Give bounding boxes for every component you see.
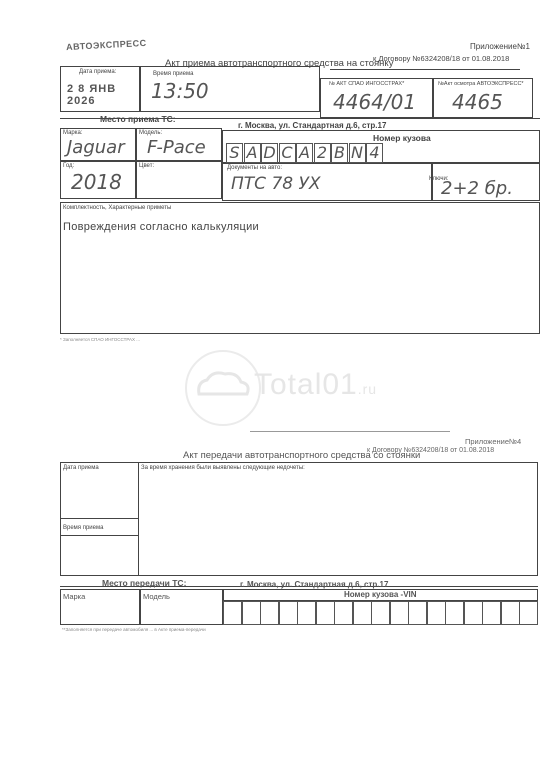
act2-vin-box xyxy=(316,601,335,625)
act1-keys-cell: Ключи: 2+2 бр. xyxy=(432,163,540,201)
act1-vin-char: 2 xyxy=(314,143,331,163)
act1-auto-cell: №Акт осмотра АВТОЭКСПРЕСС* 4465 xyxy=(433,78,533,118)
act1-date-cell: Дата приема: 2 8 ЯНВ 2026 xyxy=(60,66,140,112)
act1-vin-char: 4 xyxy=(366,143,383,163)
act1-year-value: 2018 xyxy=(71,170,122,194)
act2-appendix: Приложение№4 xyxy=(465,437,521,446)
act2-vin-box xyxy=(501,601,520,625)
act2-vin-box xyxy=(297,601,316,625)
act1-vin-char: D xyxy=(261,143,278,163)
act2-vin-box xyxy=(223,601,242,625)
act1-vin-char: C xyxy=(279,143,296,163)
act2-vin-box xyxy=(371,601,390,625)
act2-place-label: Место передачи ТС: xyxy=(102,578,186,588)
act1-brand-cell: Марка: Jaguar xyxy=(60,128,136,161)
act2-vin-box xyxy=(353,601,372,625)
act2-brand-cell: Марка xyxy=(60,589,140,625)
act1-vin-char: B xyxy=(331,143,348,163)
act2-vin-box xyxy=(242,601,261,625)
act1-color-cell: Цвет: xyxy=(136,161,222,199)
act1-vin-char: N xyxy=(349,143,366,163)
act1-time-value: 13:50 xyxy=(151,79,209,103)
act1-year-cell: Год: 2018 xyxy=(60,161,136,199)
act2-vin-box xyxy=(408,601,427,625)
act1-keys-value: 2+2 бр. xyxy=(441,178,513,199)
act2-vin-box xyxy=(445,601,464,625)
act1-vin-char: S xyxy=(226,143,243,163)
act1-date-value: 2 8 ЯНВ 2026 xyxy=(67,83,139,107)
act2-vin-box xyxy=(427,601,446,625)
act1-vin-char: A xyxy=(296,143,313,163)
act2-vin-box xyxy=(279,601,298,625)
act1-time-cell: Время приема 13:50 xyxy=(140,66,320,112)
act2-place-value: г. Москва, ул. Стандартная д.6, стр.17 xyxy=(240,580,388,589)
act2-vin-box xyxy=(519,601,538,625)
act1-footnote: * Заполняется СПАО ИНГОССТРАХ ... xyxy=(60,337,140,342)
watermark-logo-icon xyxy=(185,350,261,426)
act1-ingos-value: 4464/01 xyxy=(333,90,416,114)
act1-auto-value: 4465 xyxy=(452,90,503,114)
act1-model-cell: Модель: F-Pace xyxy=(136,128,222,161)
company-stamp: АВТОЭКСПРЕСС xyxy=(66,38,147,52)
act2-vin-box xyxy=(464,601,483,625)
act2-vin-box xyxy=(482,601,501,625)
act1-place-value: г. Москва, ул. Стандартная д.6, стр.17 xyxy=(238,121,386,130)
act1-docs-cell: Документы на авто: ПТС 78 УХ xyxy=(222,163,432,201)
act1-place-label: Место приема ТС: xyxy=(100,114,176,124)
act2-vin-box xyxy=(260,601,279,625)
act1-ingos-cell: № АКТ СПАО ИНГОССТРАХ* 4464/01 xyxy=(320,78,433,118)
act2-title: Акт передачи автотранспортного средства … xyxy=(183,450,420,461)
act2-vin-box xyxy=(334,601,353,625)
act1-appendix: Приложение№1 xyxy=(470,42,530,51)
act1-equipment-cell: Комплектность, Характерные приметы Повре… xyxy=(60,202,540,334)
act2-time-cell: Время приема xyxy=(60,518,139,576)
act1-equipment-value: Повреждения согласно калькуляции xyxy=(63,221,259,233)
act2-vin-box xyxy=(390,601,409,625)
act2-vin-header: Номер кузова -VIN xyxy=(223,589,538,601)
act1-model-value: F-Pace xyxy=(147,137,206,158)
act2-model-cell: Модель xyxy=(140,589,223,625)
act2-footnote: **Заполняется при передаче автомобиля ..… xyxy=(62,627,206,632)
act1-docs-value: ПТС 78 УХ xyxy=(231,174,320,194)
act2-defects-cell: За время хранения были выявлены следующи… xyxy=(138,462,538,576)
act1-brand-value: Jaguar xyxy=(67,137,125,158)
act1-vin-char: A xyxy=(244,143,261,163)
watermark-text: Total01.ru xyxy=(254,368,377,402)
